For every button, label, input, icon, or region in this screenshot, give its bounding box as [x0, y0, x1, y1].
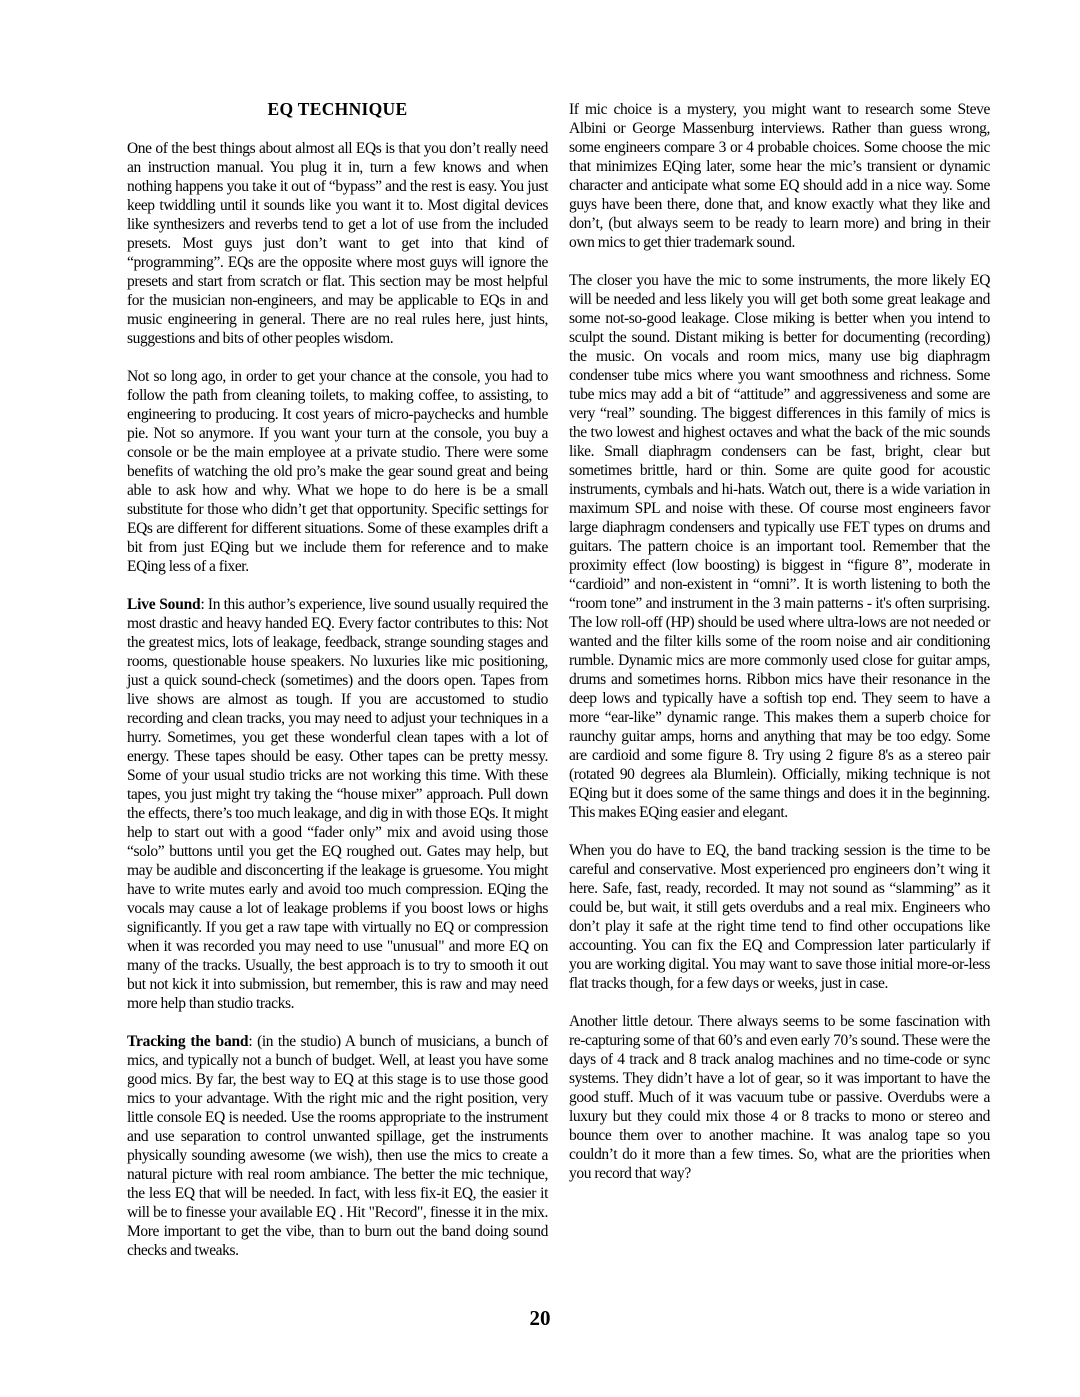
right-column: If mic choice is a mystery, you might wa… — [569, 100, 990, 1279]
paragraph: The closer you have the mic to some inst… — [569, 271, 990, 822]
paragraph: One of the best things about almost all … — [127, 139, 548, 348]
paragraph-lead: Live Sound — [127, 596, 200, 613]
left-column: EQ TECHNIQUE One of the best things abou… — [127, 100, 548, 1279]
right-column-text: If mic choice is a mystery, you might wa… — [569, 100, 990, 1183]
paragraph: When you do have to EQ, the band trackin… — [569, 841, 990, 993]
paragraph: Tracking the band: (in the studio) A bun… — [127, 1032, 548, 1260]
page-number: 20 — [0, 1306, 1080, 1331]
paragraph-lead: Tracking the band — [127, 1033, 248, 1050]
paragraph: Another little detour. There always seem… — [569, 1012, 990, 1183]
paragraph: Live Sound: In this author’s experience,… — [127, 595, 548, 1013]
document-page: EQ TECHNIQUE One of the best things abou… — [0, 0, 1080, 1397]
left-column-text: One of the best things about almost all … — [127, 139, 548, 1260]
page-title: EQ TECHNIQUE — [127, 100, 548, 119]
paragraph: Not so long ago, in order to get your ch… — [127, 367, 548, 576]
paragraph: If mic choice is a mystery, you might wa… — [569, 100, 990, 252]
two-column-layout: EQ TECHNIQUE One of the best things abou… — [127, 100, 990, 1279]
